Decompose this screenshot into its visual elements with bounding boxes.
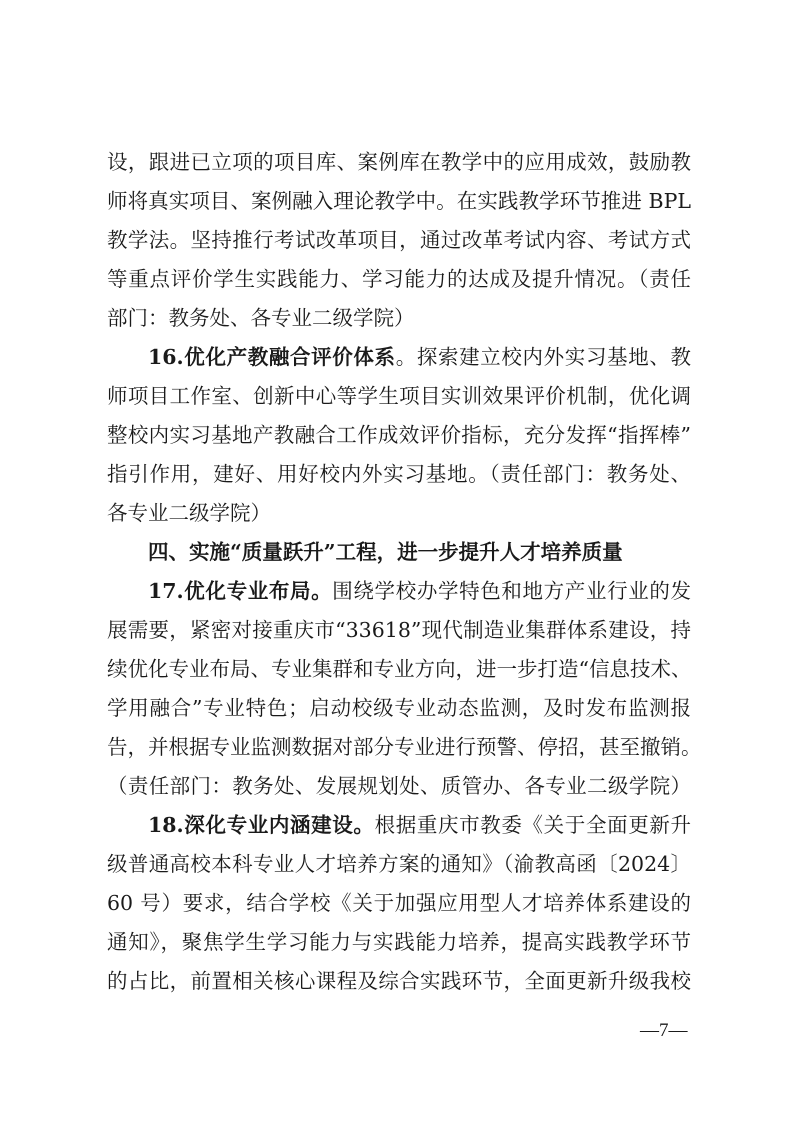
- body-line: 教学法。坚持推行考试改革项目，通过改革考试内容、考试方式: [107, 221, 691, 260]
- item-18-text: 根据重庆市教委《关于全面更新升: [375, 813, 691, 837]
- body-line: 学用融合”专业特色；启动校级专业动态监测，及时发布监测报: [107, 689, 691, 728]
- body-line: 各专业二级学院）: [107, 494, 691, 533]
- item-16-title: 16.优化产教融合评价体系: [148, 345, 396, 369]
- body-line: 的占比，前置相关核心课程及综合实践环节，全面更新升级我校: [107, 962, 691, 1001]
- body-line: 部门：教务处、各专业二级学院）: [107, 299, 691, 338]
- body-line: 师项目工作室、创新中心等学生项目实训效果评价机制，优化调: [107, 377, 691, 416]
- item-17-text: 围绕学校办学特色和地方产业行业的发: [332, 579, 691, 603]
- page-number: —7—: [640, 1020, 688, 1042]
- body-line: 展需要，紧密对接重庆市“33618”现代制造业集群体系建设，持: [107, 611, 691, 650]
- body-line: 60 号）要求，结合学校《关于加强应用型人才培养体系建设的: [107, 884, 691, 923]
- item-18-title: 18.深化专业内涵建设。: [148, 813, 375, 837]
- section-heading: 四、实施“质量跃升”工程，进一步提升人才培养质量: [107, 533, 691, 572]
- body-line: 等重点评价学生实践能力、学习能力的达成及提升情况。（责任: [107, 260, 691, 299]
- body-line: 设，跟进已立项的项目库、案例库在教学中的应用成效，鼓励教: [107, 143, 691, 182]
- item-16-first-line: 16.优化产教融合评价体系。探索建立校内外实习基地、教: [107, 338, 691, 377]
- body-line: 师将真实项目、案例融入理论教学中。在实践教学环节推进 BPL: [107, 182, 691, 221]
- item-16-text: 。探索建立校内外实习基地、教: [396, 345, 691, 369]
- body-line: 通知》，聚焦学生学习能力与实践能力培养，提高实践教学环节: [107, 923, 691, 962]
- body-line: 指引作用，建好、用好校内外实习基地。（责任部门：教务处、: [107, 455, 691, 494]
- body-line: 续优化专业布局、专业集群和专业方向，进一步打造“信息技术、: [107, 650, 691, 689]
- item-17-title: 17.优化专业布局。: [148, 579, 332, 603]
- item-18-first-line: 18.深化专业内涵建设。根据重庆市教委《关于全面更新升: [107, 806, 691, 845]
- body-line: 级普通高校本科专业人才培养方案的通知》（渝教高函〔2024〕: [107, 845, 691, 884]
- item-17-first-line: 17.优化专业布局。围绕学校办学特色和地方产业行业的发: [107, 572, 691, 611]
- body-line: （责任部门：教务处、发展规划处、质管办、各专业二级学院）: [107, 767, 691, 806]
- body-line: 整校内实习基地产教融合工作成效评价指标，充分发挥“指挥棒”: [107, 416, 691, 455]
- body-line: 告，并根据专业监测数据对部分专业进行预警、停招，甚至撤销。: [107, 728, 691, 767]
